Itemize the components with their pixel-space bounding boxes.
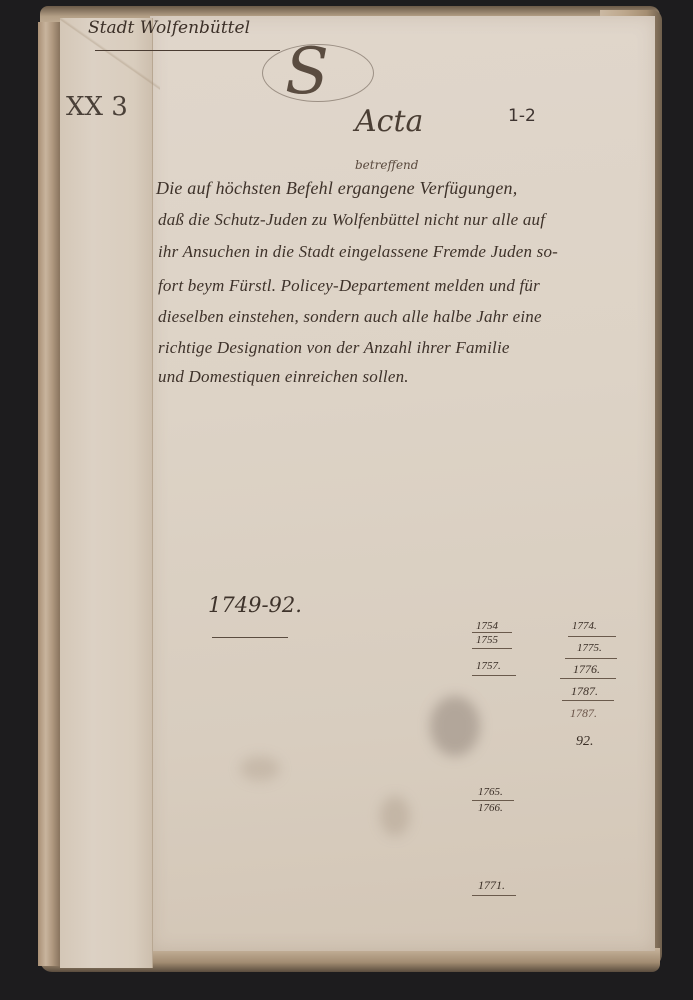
stain bbox=[240, 756, 280, 781]
body-line: fort beym Fürstl. Policey-Departement me… bbox=[158, 276, 540, 296]
year-entry: 1775. bbox=[577, 642, 602, 654]
year-entry: 92. bbox=[576, 734, 594, 750]
year-rule bbox=[560, 678, 616, 679]
year-rule bbox=[472, 632, 512, 633]
stain bbox=[380, 796, 410, 836]
date-underline bbox=[212, 637, 288, 638]
year-rule bbox=[562, 700, 614, 701]
header-underline bbox=[95, 50, 280, 51]
year-rule bbox=[472, 675, 516, 676]
marginal-note: betreffend bbox=[355, 158, 418, 172]
body-line: und Domestiquen einreichen sollen. bbox=[158, 367, 409, 387]
year-entry: 1776. bbox=[573, 662, 600, 677]
date-range: 1749-92. bbox=[208, 593, 302, 617]
year-entry: 1774. bbox=[572, 620, 597, 632]
year-rule bbox=[565, 658, 617, 659]
year-rule bbox=[472, 648, 512, 649]
body-line: daß die Schutz-Juden zu Wolfenbüttel nic… bbox=[158, 210, 545, 230]
flourish-loop bbox=[262, 44, 374, 102]
cover-page bbox=[150, 16, 655, 951]
header-label: Stadt Wolfenbüttel bbox=[88, 18, 250, 38]
year-entry: 1757. bbox=[476, 660, 501, 672]
year-entry: 1765. bbox=[478, 786, 503, 798]
year-entry: 1787. bbox=[571, 684, 598, 699]
year-entry: 1771. bbox=[478, 878, 505, 893]
year-entry: 1754 bbox=[476, 620, 498, 632]
year-rule bbox=[472, 800, 514, 801]
year-entry: 1766. bbox=[478, 802, 503, 814]
folio-number: 1-2 bbox=[508, 106, 536, 126]
shelf-mark: XX 3 bbox=[66, 92, 128, 122]
body-line: ihr Ansuchen in die Stadt eingelassene F… bbox=[158, 242, 558, 262]
folded-cover-flap bbox=[60, 18, 153, 968]
body-line: dieselben einstehen, sondern auch alle h… bbox=[158, 307, 542, 327]
ink-smudge bbox=[430, 696, 480, 756]
title-word: Acta bbox=[355, 104, 423, 139]
body-line: richtige Designation von der Anzahl ihre… bbox=[158, 338, 510, 358]
year-rule bbox=[568, 636, 616, 637]
year-entry: 1787. bbox=[570, 706, 597, 721]
body-line: Die auf höchsten Befehl ergangene Verfüg… bbox=[156, 178, 517, 199]
year-rule bbox=[472, 895, 516, 896]
year-entry: 1755 bbox=[476, 634, 498, 646]
